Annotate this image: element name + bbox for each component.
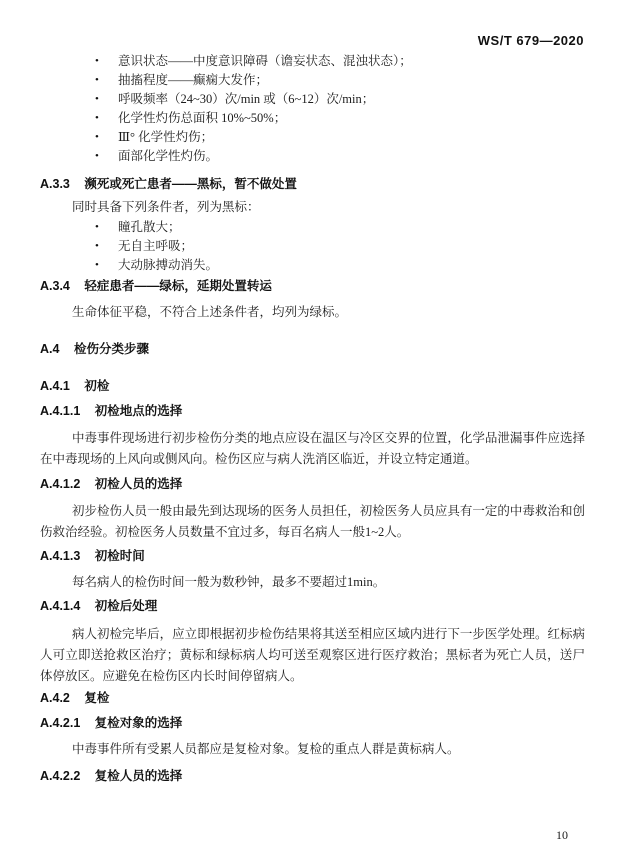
heading-title: 初检: [84, 379, 109, 393]
heading-title: 初检后处理: [95, 599, 158, 613]
heading-a-4-2: A.4.2 复检: [40, 690, 585, 707]
heading-a-4-1-3: A.4.1.3 初检时间: [40, 548, 585, 565]
heading-number: A.3.4: [40, 279, 70, 293]
yellow-criteria-list: • 意识状态——中度意识障碍（谵妄状态、混浊状态）； • 抽搐程度——癫痫大发作…: [40, 52, 585, 166]
heading-a-4-1-4: A.4.1.4 初检后处理: [40, 598, 585, 615]
heading-title: 濒死或死亡患者——黑标，暂不做处置: [84, 177, 297, 191]
bullet-text: 大动脉搏动消失。: [118, 256, 585, 275]
heading-a-4-2-2: A.4.2.2 复检人员的选择: [40, 768, 585, 785]
bullet-item: • 化学性灼伤总面积 10%~50%；: [40, 109, 585, 128]
heading-a-3-3: A.3.3 濒死或死亡患者——黑标，暂不做处置: [40, 176, 585, 193]
heading-title: 初检时间: [95, 549, 145, 563]
paragraph-a-4-1-2: 初步检伤人员一般由最先到达现场的医务人员担任，初检医务人员应具有一定的中毒救治和…: [40, 501, 585, 543]
heading-number: A.4.2: [40, 691, 70, 705]
bullet-dot-icon: •: [40, 71, 118, 90]
heading-title: 复检: [84, 691, 109, 705]
heading-number: A.4.2.1: [40, 716, 80, 730]
heading-number: A.3.3: [40, 177, 70, 191]
heading-number: A.4.1.2: [40, 477, 80, 491]
bullet-item: • 意识状态——中度意识障碍（谵妄状态、混浊状态）；: [40, 52, 585, 71]
bullet-item: • 面部化学性灼伤。: [40, 147, 585, 166]
heading-title: 检伤分类步骤: [74, 342, 149, 356]
bullet-text: 化学性灼伤总面积 10%~50%；: [118, 109, 585, 128]
bullet-dot-icon: •: [40, 90, 118, 109]
page-footer: 10: [556, 828, 568, 843]
heading-number: A.4: [40, 342, 59, 356]
paragraph-green-criteria: 生命体征平稳，不符合上述条件者，均列为绿标。: [40, 302, 585, 323]
bullet-dot-icon: •: [40, 52, 118, 71]
heading-a-4-1-1: A.4.1.1 初检地点的选择: [40, 403, 585, 420]
page-header: WS/T 679—2020: [478, 32, 584, 50]
heading-a-4: A.4 检伤分类步骤: [40, 341, 585, 358]
bullet-text: 呼吸频率（24~30）次/min 或（6~12）次/min；: [118, 90, 585, 109]
bullet-item: • 抽搐程度——癫痫大发作；: [40, 71, 585, 90]
bullet-dot-icon: •: [40, 147, 118, 166]
black-criteria-list: • 瞳孔散大； • 无自主呼吸； • 大动脉搏动消失。: [40, 218, 585, 275]
document-page: WS/T 679—2020 • 意识状态——中度意识障碍（谵妄状态、混浊状态）；…: [0, 0, 620, 860]
page-content: • 意识状态——中度意识障碍（谵妄状态、混浊状态）； • 抽搐程度——癫痫大发作…: [40, 52, 585, 785]
heading-a-4-1: A.4.1 初检: [40, 378, 585, 395]
bullet-dot-icon: •: [40, 237, 118, 256]
paragraph-a-4-1-3: 每名病人的检伤时间一般为数秒钟，最多不要超过1min。: [40, 572, 585, 593]
bullet-dot-icon: •: [40, 256, 118, 275]
heading-number: A.4.1.1: [40, 404, 80, 418]
heading-a-4-1-2: A.4.1.2 初检人员的选择: [40, 476, 585, 493]
heading-title: 复检对象的选择: [95, 716, 183, 730]
bullet-dot-icon: •: [40, 218, 118, 237]
heading-number: A.4.1.4: [40, 599, 80, 613]
bullet-dot-icon: •: [40, 109, 118, 128]
paragraph-black-intro: 同时具备下列条件者，列为黑标：: [40, 197, 585, 218]
paragraph-a-4-2-1: 中毒事件所有受累人员都应是复检对象。复检的重点人群是黄标病人。: [40, 739, 585, 760]
heading-number: A.4.1: [40, 379, 70, 393]
page-number: 10: [556, 828, 568, 842]
heading-title: 轻症患者——绿标，延期处置转运: [84, 279, 272, 293]
heading-number: A.4.2.2: [40, 769, 80, 783]
heading-a-3-4: A.3.4 轻症患者——绿标，延期处置转运: [40, 278, 585, 295]
bullet-item: • 瞳孔散大；: [40, 218, 585, 237]
bullet-dot-icon: •: [40, 128, 118, 147]
bullet-item: • 无自主呼吸；: [40, 237, 585, 256]
bullet-text: 瞳孔散大；: [118, 218, 585, 237]
bullet-item: • Ⅲ° 化学性灼伤；: [40, 128, 585, 147]
heading-a-4-2-1: A.4.2.1 复检对象的选择: [40, 715, 585, 732]
bullet-text: 面部化学性灼伤。: [118, 147, 585, 166]
bullet-text: 无自主呼吸；: [118, 237, 585, 256]
paragraph-a-4-1-1: 中毒事件现场进行初步检伤分类的地点应设在温区与冷区交界的位置，化学品泄漏事件应选…: [40, 428, 585, 470]
bullet-text: 意识状态——中度意识障碍（谵妄状态、混浊状态）；: [118, 52, 585, 71]
heading-number: A.4.1.3: [40, 549, 80, 563]
doc-code: WS/T 679—2020: [478, 33, 584, 48]
heading-title: 复检人员的选择: [95, 769, 183, 783]
heading-title: 初检地点的选择: [95, 404, 183, 418]
paragraph-a-4-1-4: 病人初检完毕后，应立即根据初步检伤结果将其送至相应区域内进行下一步医学处理。红标…: [40, 624, 585, 687]
bullet-item: • 呼吸频率（24~30）次/min 或（6~12）次/min；: [40, 90, 585, 109]
bullet-text: 抽搐程度——癫痫大发作；: [118, 71, 585, 90]
bullet-item: • 大动脉搏动消失。: [40, 256, 585, 275]
bullet-text: Ⅲ° 化学性灼伤；: [118, 128, 585, 147]
heading-title: 初检人员的选择: [95, 477, 183, 491]
